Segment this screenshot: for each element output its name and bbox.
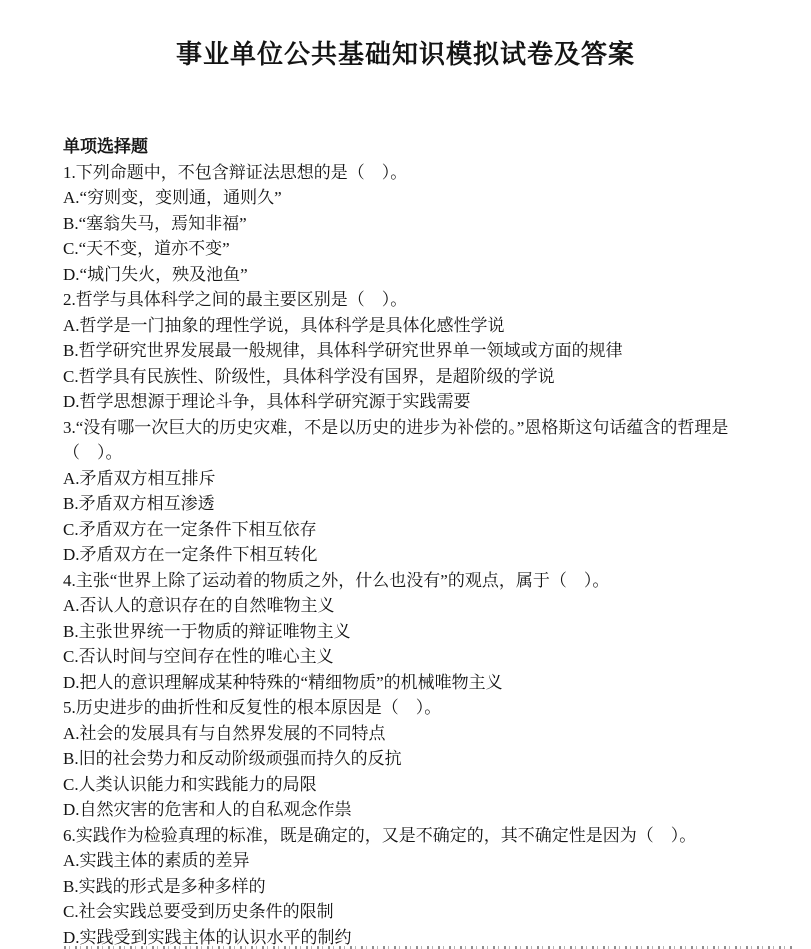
option-line: C.“天不变，道亦不变” <box>63 236 753 262</box>
option-line: C.哲学具有民族性、阶级性，具体科学没有国界，是超阶级的学说 <box>63 364 753 390</box>
question: 4.主张“世界上除了运动着的物质之外，什么也没有”的观点，属于（ ）。A.否认人… <box>63 568 753 696</box>
document-body: 单项选择题 1.下列命题中，不包含辩证法思想的是（ ）。A.“穷则变，变则通，通… <box>63 134 753 949</box>
question: 5.历史进步的曲折性和反复性的根本原因是（ ）。A.社会的发展具有与自然界发展的… <box>63 695 753 823</box>
option-line: D.把人的意识理解成某种特殊的“精细物质”的机械唯物主义 <box>63 670 753 696</box>
questions: 1.下列命题中，不包含辩证法思想的是（ ）。A.“穷则变，变则通，通则久”B.“… <box>63 160 753 949</box>
question-stem: 2.哲学与具体科学之间的最主要区别是（ ）。 <box>63 287 753 313</box>
section-heading: 单项选择题 <box>63 134 753 160</box>
question: 6.实践作为检验真理的标准，既是确定的，又是不确定的，其不确定性是因为（ ）。A… <box>63 823 753 949</box>
option-line: C.社会实践总要受到历史条件的限制 <box>63 899 753 925</box>
option-line: A.矛盾双方相互排斥 <box>63 466 753 492</box>
option-line: D.矛盾双方在一定条件下相互转化 <box>63 542 753 568</box>
option-line: A.社会的发展具有与自然界发展的不同特点 <box>63 721 753 747</box>
option-line: B.“塞翁失马，焉知非福” <box>63 211 753 237</box>
option-line: B.旧的社会势力和反动阶级顽强而持久的反抗 <box>63 746 753 772</box>
question-stem: 6.实践作为检验真理的标准，既是确定的，又是不确定的，其不确定性是因为（ ）。 <box>63 823 753 849</box>
option-line: B.哲学研究世界发展最一般规律，具体科学研究世界单一领域或方面的规律 <box>63 338 753 364</box>
option-line: A.实践主体的素质的差异 <box>63 848 753 874</box>
option-line: D.“城门失火，殃及池鱼” <box>63 262 753 288</box>
option-line: D.哲学思想源于理论斗争，具体科学研究源于实践需要 <box>63 389 753 415</box>
option-line: C.否认时间与空间存在性的唯心主义 <box>63 644 753 670</box>
option-line: A.哲学是一门抽象的理性学说，具体科学是具体化感性学说 <box>63 313 753 339</box>
question: 3.“没有哪一次巨大的历史灾难，不是以历史的进步为补偿的。”恩格斯这句话蕴含的哲… <box>63 415 753 568</box>
question-stem: 1.下列命题中，不包含辩证法思想的是（ ）。 <box>63 160 753 186</box>
question-stem: 4.主张“世界上除了运动着的物质之外，什么也没有”的观点，属于（ ）。 <box>63 568 753 594</box>
document-title: 事业单位公共基础知识模拟试卷及答案 <box>0 40 811 70</box>
option-line: B.矛盾双方相互渗透 <box>63 491 753 517</box>
option-line: D.自然灾害的危害和人的自私观念作祟 <box>63 797 753 823</box>
option-line: C.人类认识能力和实践能力的局限 <box>63 772 753 798</box>
question-stem: 3.“没有哪一次巨大的历史灾难，不是以历史的进步为补偿的。”恩格斯这句话蕴含的哲… <box>63 415 753 466</box>
question: 2.哲学与具体科学之间的最主要区别是（ ）。A.哲学是一门抽象的理性学说，具体科… <box>63 287 753 415</box>
option-line: B.实践的形式是多种多样的 <box>63 874 753 900</box>
option-line: B.主张世界统一于物质的辩证唯物主义 <box>63 619 753 645</box>
document-page: 事业单位公共基础知识模拟试卷及答案 单项选择题 1.下列命题中，不包含辩证法思想… <box>0 0 811 949</box>
question-stem: 5.历史进步的曲折性和反复性的根本原因是（ ）。 <box>63 695 753 721</box>
question: 1.下列命题中，不包含辩证法思想的是（ ）。A.“穷则变，变则通，通则久”B.“… <box>63 160 753 288</box>
option-line: A.“穷则变，变则通，通则久” <box>63 185 753 211</box>
option-line: C.矛盾双方在一定条件下相互依存 <box>63 517 753 543</box>
option-line: A.否认人的意识存在的自然唯物主义 <box>63 593 753 619</box>
